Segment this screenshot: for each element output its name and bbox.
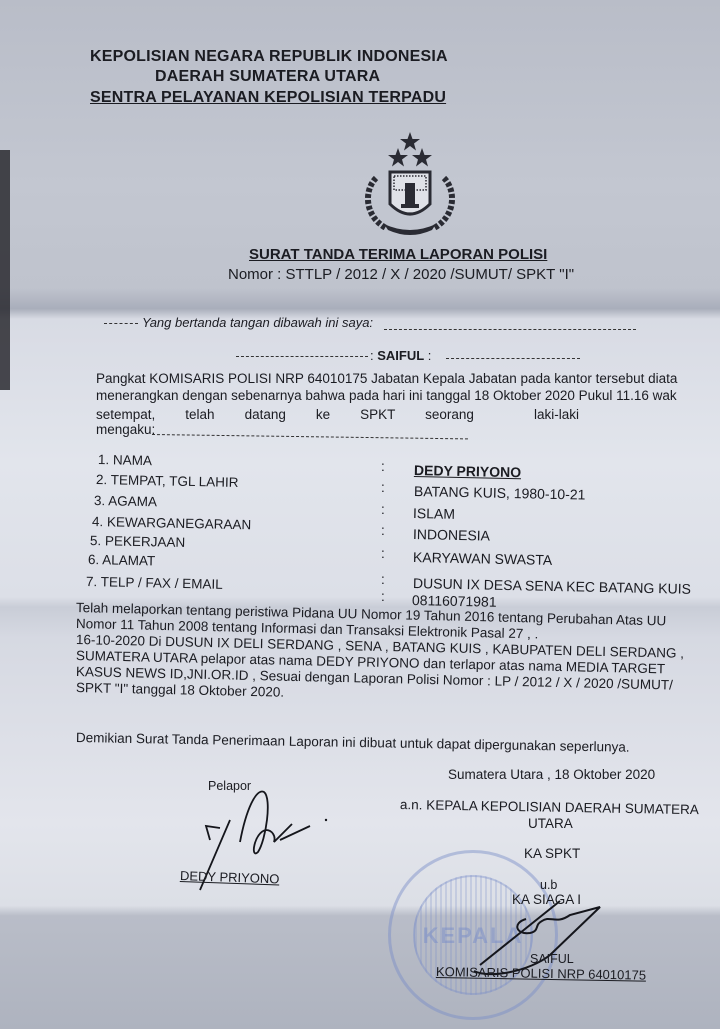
background-edge: [0, 150, 10, 390]
signer-name-text: SAIFUL: [377, 348, 424, 363]
field-label: 2. TEMPAT, TGL LAHIR: [96, 472, 239, 490]
header-line-2: DAERAH SUMATERA UTARA: [155, 68, 380, 86]
dash-line: [384, 329, 636, 330]
header-line-3: SENTRA PELAYANAN KEPOLISIAN TERPADU: [90, 89, 446, 107]
document-number: Nomor : STTLP / 2012 / X / 2020 /SUMUT/ …: [228, 266, 574, 283]
document-title: SURAT TANDA TERIMA LAPORAN POLISI: [249, 246, 547, 263]
signer-intro-label: Yang bertanda tangan dibawah ini saya:: [142, 315, 373, 330]
field-label: 1. NAMA: [98, 452, 152, 468]
header-line-1: KEPOLISIAN NEGARA REPUBLIK INDONESIA: [90, 48, 448, 66]
an-line-2: UTARA: [528, 816, 573, 831]
intro-paragraph-line: mengaku:: [96, 422, 155, 437]
field-colon: :: [381, 572, 385, 587]
field-colon: :: [381, 546, 385, 561]
field-label: 5. PEKERJAAN: [90, 533, 186, 550]
intro-paragraph-line: Pangkat KOMISARIS POLISI NRP 64010175 Ja…: [96, 371, 677, 386]
field-value: DEDY PRIYONO: [414, 462, 521, 480]
field-label: 6. ALAMAT: [88, 552, 156, 568]
dash-line: [104, 323, 138, 324]
field-colon: :: [381, 480, 385, 495]
dash-line: [236, 356, 368, 357]
field-label: 7. TELP / FAX / EMAIL: [86, 574, 223, 592]
dash-line: [446, 358, 580, 359]
intro-paragraph-line: setempat, telah datang ke SPKT seorang l…: [96, 407, 579, 422]
officer-name: SAIFUL: [530, 952, 574, 966]
place-date: Sumatera Utara , 18 Oktober 2020: [448, 767, 655, 782]
field-value: ISLAM: [413, 505, 455, 522]
field-value: INDONESIA: [413, 526, 490, 544]
field-value: KARYAWAN SWASTA: [413, 549, 553, 568]
field-colon: :: [381, 523, 385, 538]
field-colon: :: [381, 589, 385, 604]
ub-label: u.b: [540, 878, 557, 892]
ka-spkt: KA SPKT: [524, 846, 580, 861]
police-emblem-icon: [356, 128, 464, 236]
field-colon: :: [381, 459, 385, 474]
field-colon: :: [381, 502, 385, 517]
field-label: 3. AGAMA: [94, 493, 157, 509]
intro-paragraph-line: menerangkan dengan sebenarnya bahwa pada…: [96, 388, 677, 403]
signer-name: : SAIFUL :: [370, 348, 431, 363]
